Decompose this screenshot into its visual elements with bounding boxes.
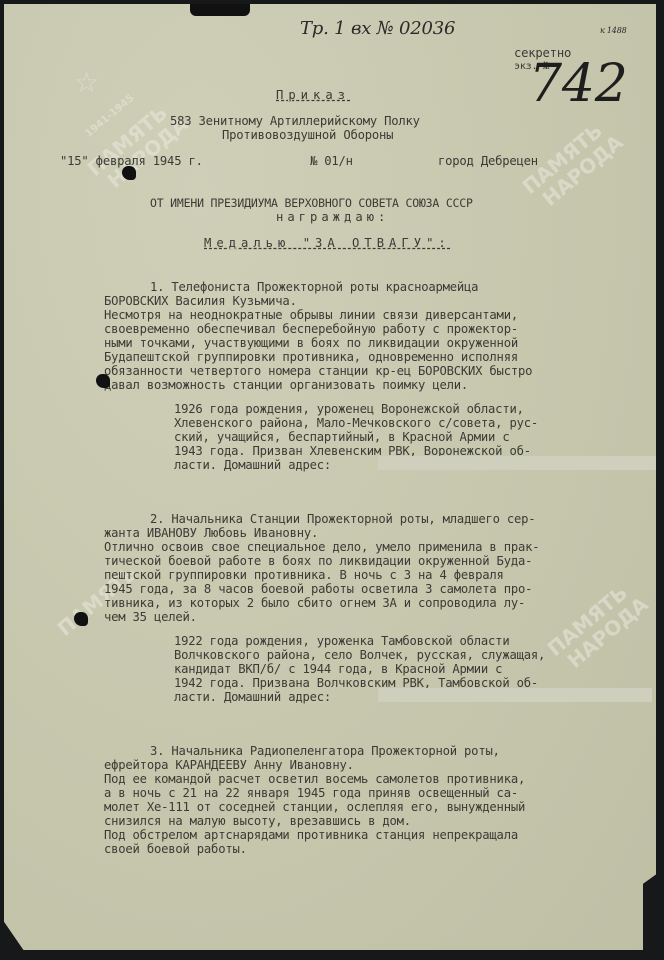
- entry-body-line: молет Хе-111 от соседней станции, ослепл…: [104, 800, 525, 815]
- entry-body-line: Под ее командой расчет осветил восемь са…: [104, 772, 525, 787]
- entry-body-line: ными точками, участвующими в боях по лик…: [104, 336, 518, 351]
- redacted-address: [378, 688, 652, 702]
- star-icon: ☆: [74, 69, 99, 97]
- entry-body-line: снизился на малую высоту, врезавшись в д…: [104, 814, 411, 829]
- entry-body-line: Несмотря на неоднократные обрывы линии с…: [104, 308, 518, 323]
- entry-bio-line: Волчковского района, село Волчек, русска…: [174, 648, 545, 663]
- entry-bio-line: Хлевенского района, Мало-Мечковского с/с…: [174, 416, 538, 431]
- entry-bio-line: ласти. Домашний адрес:: [174, 690, 331, 705]
- entry-body-line: Под обстрелом артснарядами противника ст…: [104, 828, 518, 843]
- paper-tab-shadow: [190, 4, 250, 16]
- entry-heading: 3. Начальника Радиопеленгатора Прожектор…: [150, 744, 500, 759]
- order-city: город Дебрецен: [438, 154, 538, 169]
- entry-bio-line: ласти. Домашний адрес:: [174, 458, 331, 473]
- award-name: Медалью "ЗА ОТВАГУ":: [204, 236, 451, 251]
- entry-heading: 1. Телефониста Прожекторной роты красноа…: [150, 280, 478, 295]
- archive-mark: Тр. 1 вх № 02036: [300, 22, 455, 37]
- entry-bio-line: 1926 года рождения, уроженец Воронежской…: [174, 402, 524, 417]
- corner-note: к 1488: [600, 24, 626, 39]
- handwritten-number: 742: [529, 54, 628, 114]
- entry-body-line: давал возможность станции организовать п…: [104, 378, 468, 393]
- entry-heading: жанта ИВАНОВУ Любовь Ивановну.: [104, 526, 318, 541]
- entry-body-line: своей боевой работы.: [104, 842, 247, 857]
- entry-body-line: чем 35 целей.: [104, 610, 197, 625]
- entry-body-line: пештской группировки противника. В ночь …: [104, 568, 504, 583]
- document-title: Приказ: [276, 88, 350, 103]
- entry-body-line: Отлично освоив свое специальное дело, ум…: [104, 540, 539, 555]
- unit-line-2: Противовоздушной Обороны: [222, 128, 393, 143]
- entry-heading: БОРОВСКИХ Василия Кузьмича.: [104, 294, 297, 309]
- unit-line-1: 583 Зенитному Артиллерийскому Полку: [170, 114, 420, 129]
- entry-body-line: 1945 года, за 8 часов боевой работы осве…: [104, 582, 532, 597]
- entry-heading: ефрейтора КАРАНДЕЕВУ Анну Ивановну.: [104, 758, 354, 773]
- punch-hole: [96, 374, 110, 388]
- punch-hole: [122, 166, 136, 180]
- entry-body-line: тической боевой работе в боях по ликвида…: [104, 554, 532, 569]
- redacted-address: [378, 456, 658, 470]
- entry-body-line: своевременно обеспечивал бесперебойную р…: [104, 322, 518, 337]
- document-page: ☆ 1941-1945 ПАМЯТЬ НАРОДА ПАМЯТЬ НАРОДА …: [4, 4, 656, 950]
- entry-bio-line: кандидат ВКП/б/ с 1944 года, в Красной А…: [174, 662, 502, 677]
- preamble-line-1: ОТ ИМЕНИ ПРЕЗИДИУМА ВЕРХОВНОГО СОВЕТА СО…: [150, 196, 473, 211]
- entry-body-line: тивника, из которых 2 было сбито огнем З…: [104, 596, 525, 611]
- punch-hole: [74, 612, 88, 626]
- order-number: № 01/н: [310, 154, 353, 169]
- entry-body-line: а в ночь с 21 на 22 января 1945 года при…: [104, 786, 518, 801]
- entry-heading: 2. Начальника Станции Прожекторной роты,…: [150, 512, 535, 527]
- preamble-line-2: награждаю:: [276, 210, 389, 225]
- entry-body-line: обязанности четвертого номера станции кр…: [104, 364, 532, 379]
- entry-bio-line: 1922 года рождения, уроженка Тамбовской …: [174, 634, 509, 649]
- entry-body-line: Будапештской группировки противника, одн…: [104, 350, 518, 365]
- entry-bio-line: ский, учащийся, беспартийный, в Красной …: [174, 430, 509, 445]
